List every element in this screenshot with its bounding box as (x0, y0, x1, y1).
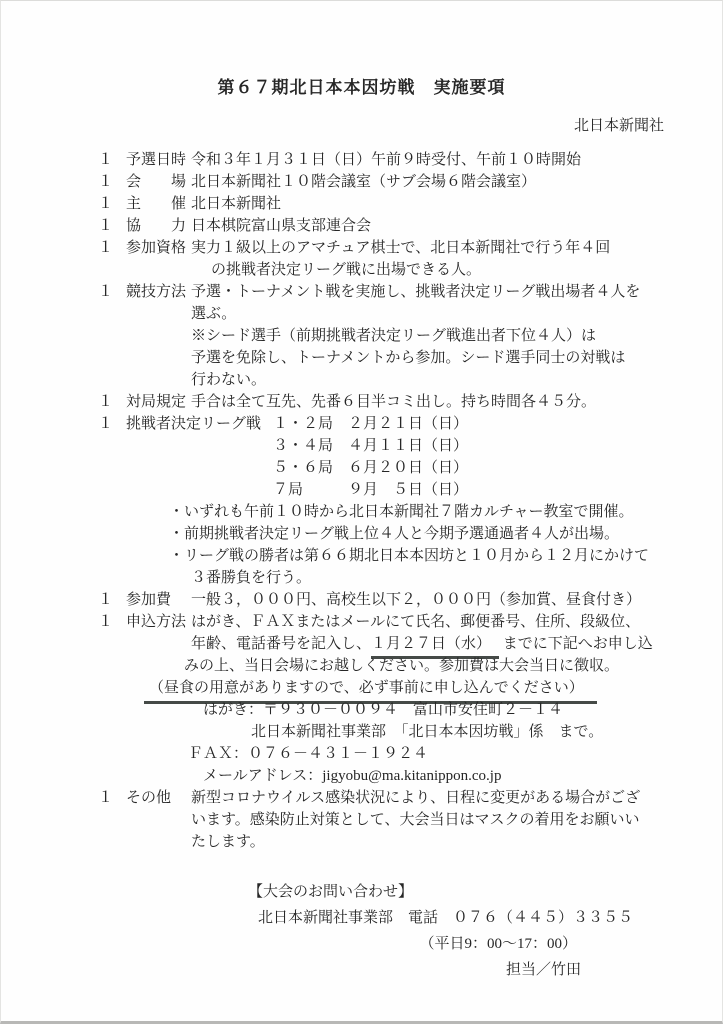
item-other: １その他新型コロナウイルス感染状況により、日程に変更がある場合がござ (1, 787, 722, 809)
item-game-rules: １対局規定手合は全て互先、先番６目半コミ出し。持ち時間各４５分。 (1, 391, 722, 413)
item-label: 主 催 (126, 193, 191, 215)
item-label: 対局規定 (126, 391, 191, 413)
item-number: １ (98, 413, 126, 435)
item-eligibility: １参加資格実力１級以上のアマチュア棋士で、北日本新聞社で行う年４回 (1, 237, 722, 259)
item-text: 北日本新聞社１０階会議室（サブ会場６階会議室） (191, 171, 536, 193)
league-note-1: ・いずれも午前１０時から北日本新聞社７階カルチャー教室で開催。 (1, 501, 722, 523)
item-label: 参加資格 (126, 237, 191, 259)
postcard-address: はがき：〒９３０－００９４ 富山市安住町２－１４ (1, 699, 722, 721)
schedule-round-1-2: １・２局 ２月２１日（日） (273, 413, 468, 435)
item-competition-method: １競技方法予選・トーナメント戦を実施し、挑戦者決定リーグ戦出場者４人を (1, 281, 722, 303)
item-number: １ (98, 391, 126, 413)
league-note-2: ・前期挑戦者決定リーグ戦上位４人と今期予選通過者４人が出場。 (1, 523, 722, 545)
item-host: １主 催北日本新聞社 (1, 193, 722, 215)
item-number: １ (98, 215, 126, 237)
item-competition-cont-2: ※シード選手（前期挑戦者決定リーグ戦進出者下位４人）は (1, 325, 722, 347)
postcard-address-cont: 北日本新聞社事業部 「北日本本因坊戦」係 まで。 (1, 721, 722, 743)
item-eligibility-cont: の挑戦者決定リーグ戦に出場できる人。 (1, 259, 722, 281)
item-text: 手合は全て互先、先番６目半コミ出し。持ち時間各４５分。 (191, 391, 596, 413)
lunch-notice-underlined: （昼食の用意がありますので、必ず事前に申し込んでください） (1, 677, 722, 699)
item-number: １ (98, 281, 126, 303)
inquiry-heading: 【大会のお問い合わせ】 (1, 879, 722, 905)
item-label: 申込方法 (126, 611, 191, 633)
item-entry-fee: １参加費一般３，０００円、高校生以下２，０００円（参加賞、昼食付き） (1, 589, 722, 611)
item-number: １ (98, 237, 126, 259)
item-text: 日本棋院富山県支部連合会 (191, 215, 371, 237)
scanned-document-page: 第６７期北日本本因坊戦 実施要項 北日本新聞社 １予選日時令和３年１月３１日（日… (0, 0, 723, 1024)
item-number: １ (98, 611, 126, 633)
item-label: 予選日時 (126, 149, 191, 171)
item-competition-cont-1: 選ぶ。 (1, 303, 722, 325)
item-number: １ (98, 149, 126, 171)
item-cooperation: １協 力日本棋院富山県支部連合会 (1, 215, 722, 237)
item-competition-cont-3: 予選を免除し、トーナメントから参加。シード選手同士の対戦は (1, 347, 722, 369)
item-league-schedule: １挑戦者決定リーグ戦１・２局 ２月２１日（日） (1, 413, 722, 435)
footer-spacer (1, 853, 722, 879)
item-text: 北日本新聞社 (191, 193, 281, 215)
item-number: １ (98, 171, 126, 193)
item-label: 会 場 (126, 171, 191, 193)
organization-name: 北日本新聞社 (1, 114, 722, 135)
item-text: 一般３，０００円、高校生以下２，０００円（参加賞、昼食付き） (191, 589, 641, 611)
item-text: 令和３年１月３１日（日）午前９時受付、午前１０時開始 (191, 149, 581, 171)
item-number: １ (98, 193, 126, 215)
inquiry-contact-person: 担当／竹田 (1, 957, 722, 983)
application-cont: みの上、当日会場にお越しください。参加費は大会当日に徴収。 (1, 655, 722, 677)
fax-number: ＦＡＸ：０７６－４３１－１９２４ (1, 743, 722, 765)
item-label: 協 力 (126, 215, 191, 237)
item-label: その他 (126, 787, 191, 809)
item-other-cont-2: たします。 (1, 831, 722, 853)
item-application-method: １申込方法はがき、ＦＡＸまたはメールにて氏名、郵便番号、住所、段級位、 (1, 611, 722, 633)
league-note-3-cont: ３番勝負を行う。 (1, 567, 722, 589)
schedule-round-3-4: ３・４局 ４月１１日（日） (1, 435, 722, 457)
item-qualifying-date: １予選日時令和３年１月３１日（日）午前９時受付、午前１０時開始 (1, 149, 722, 171)
inquiry-hours: （平日9：00～17：00） (1, 931, 722, 957)
item-label: 参加費 (126, 589, 191, 611)
item-text: 予選・トーナメント戦を実施し、挑戦者決定リーグ戦出場者４人を (191, 281, 640, 303)
item-venue: １会 場北日本新聞社１０階会議室（サブ会場６階会議室） (1, 171, 722, 193)
league-note-3: ・リーグ戦の勝者は第６６期北日本本因坊と１０月から１２月にかけて (1, 545, 722, 567)
item-label: 挑戦者決定リーグ戦 (126, 413, 273, 435)
item-label: 競技方法 (126, 281, 191, 303)
item-number: １ (98, 787, 126, 809)
email-address: メールアドレス：jigyobu@ma.kitanippon.co.jp (1, 765, 722, 787)
item-other-cont-1: います。感染防止対策として、大会当日はマスクの着用をお願いい (1, 809, 722, 831)
item-text: 新型コロナウイルス感染状況により、日程に変更がある場合がござ (191, 787, 640, 809)
schedule-round-7: ７局 ９月 ５日（日） (1, 479, 722, 501)
schedule-round-5-6: ５・６局 ６月２０日（日） (1, 457, 722, 479)
item-text: 実力１級以上のアマチュア棋士で、北日本新聞社で行う年４回 (191, 237, 610, 259)
item-text: はがき、ＦＡＸまたはメールにて氏名、郵便番号、住所、段級位、 (191, 611, 640, 633)
application-deadline-line: 年齢、電話番号を記入し、１月２７日（水） までに下記へお申し込 (1, 633, 722, 655)
item-competition-cont-4: 行わない。 (1, 369, 722, 391)
item-number: １ (98, 589, 126, 611)
page-title: 第６７期北日本本因坊戦 実施要項 (1, 73, 722, 98)
inquiry-phone: 北日本新聞社事業部 電話 ０７６（４４５）３３５５ (1, 905, 722, 931)
